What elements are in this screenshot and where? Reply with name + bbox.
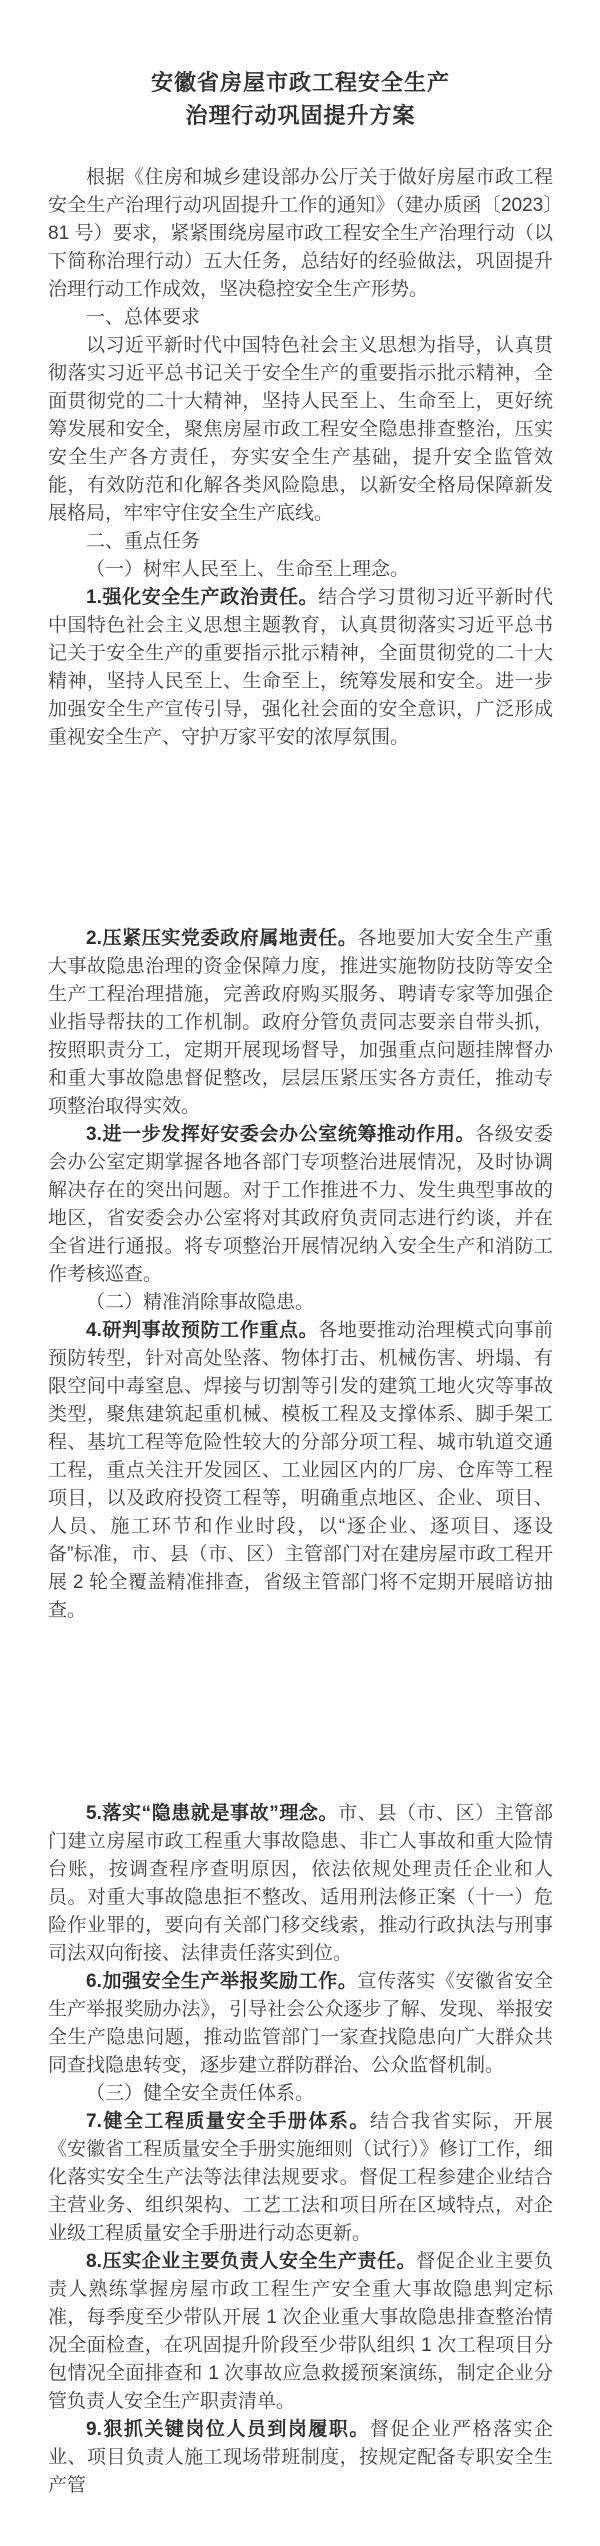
document-page-3: 5.落实“隐患就是事故”理念。市、县（市、区）主管部门建立房屋市政工程重大事故隐… — [0, 1800, 600, 2500]
sub-heading-1: （一）树牢人民至上、生命至上理念。 — [48, 556, 553, 584]
document-title: 安徽省房屋市政工程安全生产 治理行动巩固提升方案 — [48, 66, 553, 132]
document-viewport: 安徽省房屋市政工程安全生产 治理行动巩固提升方案 根据《住房和城乡建设部办公厅关… — [0, 0, 600, 2546]
document-page-2: 2.压紧压实党委政府属地责任。各地要加大安全生产重大事故隐患治理的资金保障力度，… — [0, 925, 600, 1625]
numbered-item-3: 3.进一步发挥好安委会办公室统筹推动作用。各级安委会办公室定期掌握各地各部门专项… — [48, 1121, 553, 1289]
paragraph-general-requirements: 以习近平新时代中国特色社会主义思想为指导，认真贯彻落实习近平总书记关于安全生产的… — [48, 332, 553, 528]
sub-heading-3: （三）健全安全责任体系。 — [48, 2080, 553, 2108]
item-4-text: 各地要推动治理模式向事前预防转型，针对高处坠落、物体打击、机械伤害、坍塌、有限空… — [48, 1320, 553, 1621]
item-1-lead: 1.强化安全生产政治责任。 — [86, 587, 318, 608]
numbered-item-4: 4.研判事故预防工作重点。各地要推动治理模式向事前预防转型，针对高处坠落、物体打… — [48, 1317, 553, 1625]
item-3-lead: 3.进一步发挥好安委会办公室统筹推动作用。 — [86, 1124, 475, 1145]
numbered-item-8: 8.压实企业主要负责人安全生产责任。督促企业主要负责人熟练掌握房屋市政工程生产安… — [48, 2248, 553, 2416]
page-break-gap-2 — [0, 1625, 600, 1800]
numbered-item-9: 9.狠抓关键岗位人员到岗履职。督促企业严格落实企业、项目负责人施工现场带班制度，… — [48, 2416, 553, 2500]
item-9-lead: 9.狠抓关键岗位人员到岗履职。 — [86, 2419, 370, 2440]
document-title-line-1: 安徽省房屋市政工程安全生产 — [48, 66, 553, 99]
item-6-lead: 6.加强安全生产举报奖励工作。 — [86, 1971, 357, 1992]
item-7-lead: 7.健全工程质量安全手册体系。 — [86, 2111, 370, 2132]
numbered-item-7: 7.健全工程质量安全手册体系。结合我省实际，开展《安徽省工程质量安全手册实施细则… — [48, 2108, 553, 2248]
numbered-item-5: 5.落实“隐患就是事故”理念。市、县（市、区）主管部门建立房屋市政工程重大事故隐… — [48, 1800, 553, 1968]
numbered-item-1: 1.强化安全生产政治责任。结合学习贯彻习近平新时代中国特色社会主义思想主题教育，… — [48, 584, 553, 752]
numbered-item-6: 6.加强安全生产举报奖励工作。宣传落实《安徽省安全生产举报奖励办法》，引导社会公… — [48, 1968, 553, 2080]
document-title-line-2: 治理行动巩固提升方案 — [48, 99, 553, 132]
item-3-text: 各级安委会办公室定期掌握各地各部门专项整治进展情况，及时协调解决存在的突出问题。… — [48, 1124, 553, 1285]
section-heading-2: 二、重点任务 — [48, 528, 553, 556]
item-8-text: 督促企业主要负责人熟练掌握房屋市政工程生产安全重大事故隐患判定标准，每季度至少带… — [48, 2251, 553, 2412]
item-4-lead: 4.研判事故预防工作重点。 — [86, 1320, 318, 1341]
item-8-lead: 8.压实企业主要负责人安全生产责任。 — [86, 2251, 416, 2272]
section-heading-1: 一、总体要求 — [48, 304, 553, 332]
document-page-1: 安徽省房屋市政工程安全生产 治理行动巩固提升方案 根据《住房和城乡建设部办公厅关… — [0, 0, 600, 752]
item-2-text: 各地要加大安全生产重大事故隐患治理的资金保障力度，推进实施物防技防等安全生产工程… — [48, 928, 553, 1117]
page-break-gap-1 — [0, 752, 600, 925]
intro-paragraph: 根据《住房和城乡建设部办公厅关于做好房屋市政工程安全生产治理行动巩固提升工作的通… — [48, 164, 553, 304]
item-5-lead: 5.落实“隐患就是事故”理念。 — [86, 1803, 338, 1824]
item-2-lead: 2.压紧压实党委政府属地责任。 — [86, 928, 357, 949]
item-5-text: 市、县（市、区）主管部门建立房屋市政工程重大事故隐患、非亡人事故和重大险情台账，… — [48, 1803, 553, 1964]
numbered-item-2: 2.压紧压实党委政府属地责任。各地要加大安全生产重大事故隐患治理的资金保障力度，… — [48, 925, 553, 1121]
item-1-text: 结合学习贯彻习近平新时代中国特色社会主义思想主题教育，认真贯彻落实习近平总书记关… — [48, 587, 553, 748]
sub-heading-2: （二）精准消除事故隐患。 — [48, 1289, 553, 1317]
